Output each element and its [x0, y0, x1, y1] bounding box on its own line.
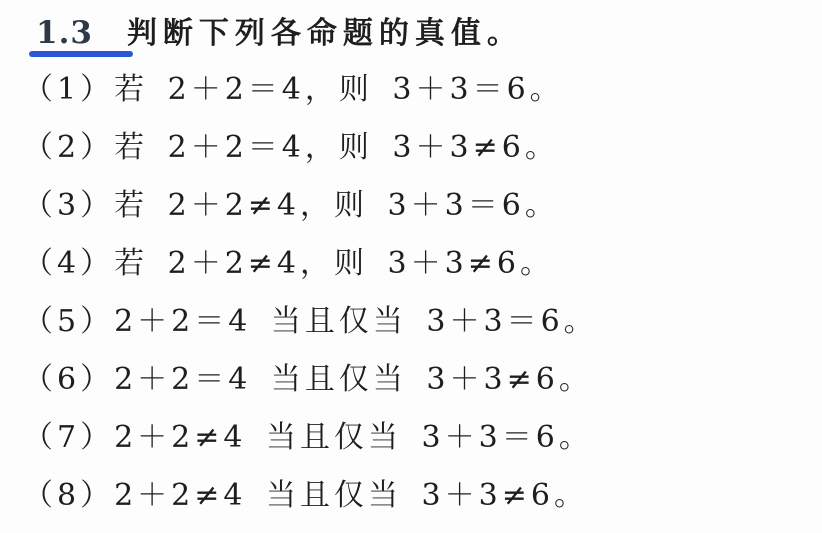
problem-line-6: （6）2＋2＝4 当且仅当 3＋3≠6。	[23, 351, 822, 409]
textbook-page: 1.3 判断下列各命题的真值。 （1）若 2＋2＝4，则 3＋3＝6。 （2）若…	[0, 0, 822, 533]
problem-line-1: （1）若 2＋2＝4，则 3＋3＝6。	[23, 61, 822, 119]
problem-list: （1）若 2＋2＝4，则 3＋3＝6。 （2）若 2＋2＝4，则 3＋3≠6。 …	[23, 61, 822, 525]
section-number-underline	[29, 51, 133, 57]
exercise-title: 判断下列各命题的真值。	[127, 8, 523, 52]
problem-line-5: （5）2＋2＝4 当且仅当 3＋3＝6。	[23, 293, 822, 351]
exercise-header: 1.3 判断下列各命题的真值。	[36, 8, 523, 52]
problem-line-3: （3）若 2＋2≠4，则 3＋3＝6。	[23, 177, 822, 235]
problem-line-7: （7）2＋2≠4 当且仅当 3＋3＝6。	[23, 409, 822, 467]
problem-line-2: （2）若 2＋2＝4，则 3＋3≠6。	[23, 119, 822, 177]
section-number: 1.3	[36, 15, 93, 51]
problem-line-4: （4）若 2＋2≠4，则 3＋3≠6。	[23, 235, 822, 293]
problem-line-8: （8）2＋2≠4 当且仅当 3＋3≠6。	[23, 467, 822, 525]
